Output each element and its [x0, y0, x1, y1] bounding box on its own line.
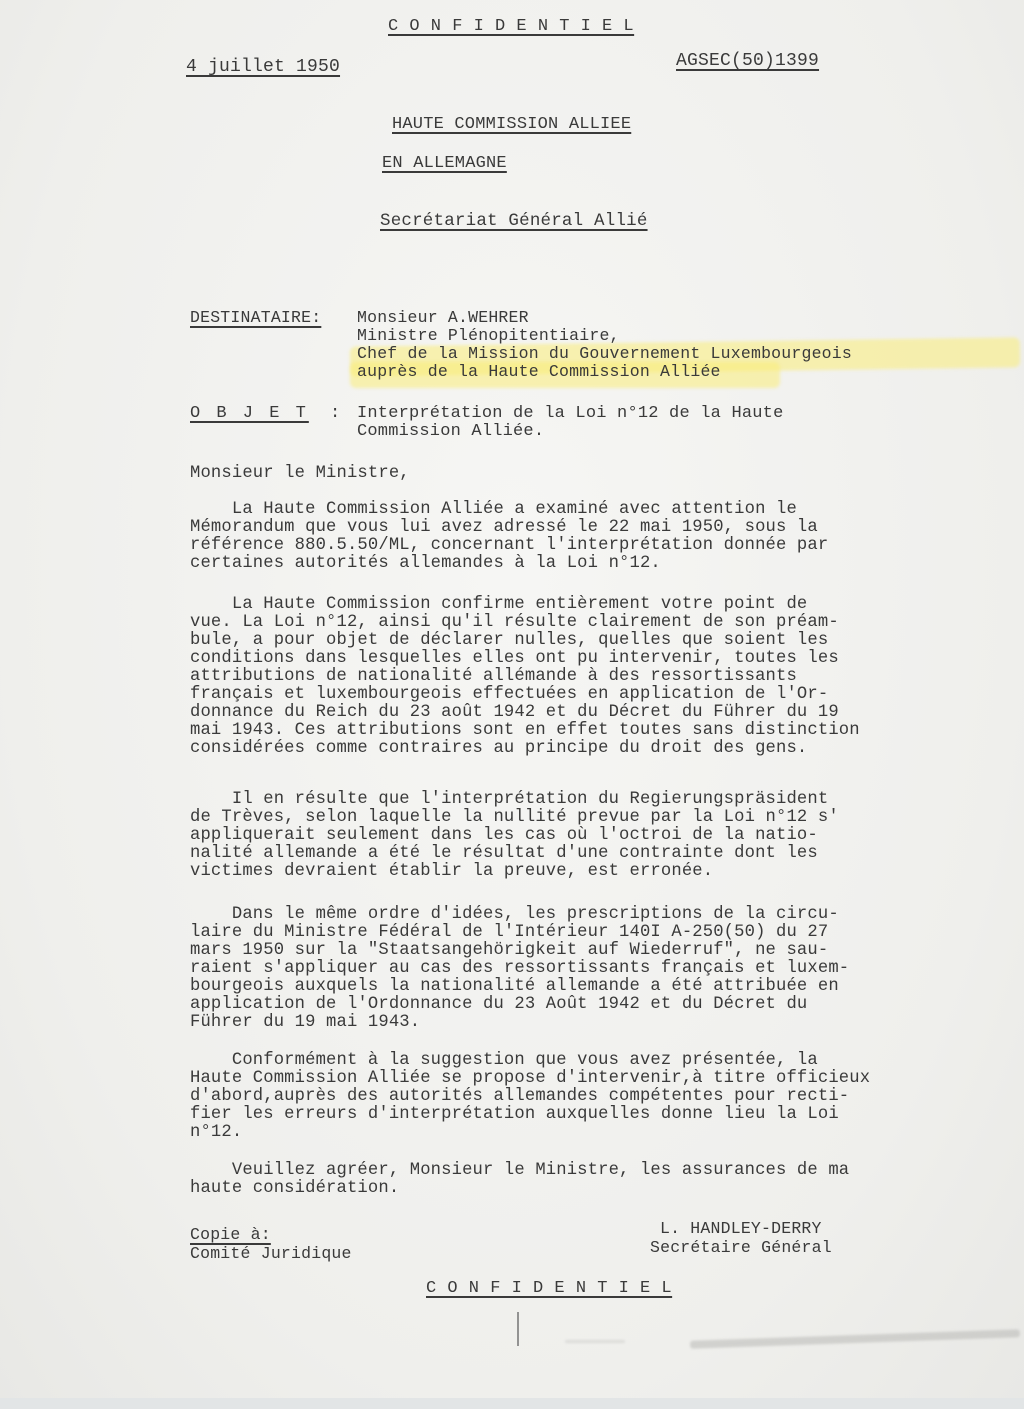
classification-footer: C O N F I D E N T I E L — [426, 1280, 672, 1298]
addressee-line: Ministre Plénopitentiaire, — [357, 327, 620, 345]
department-name: Secrétariat Général Allié — [380, 212, 648, 230]
document-page: C O N F I D E N T I E L 4 juillet 1950 A… — [0, 0, 1024, 1409]
body-line: Mémorandum que vous lui avez adressé le … — [190, 519, 818, 537]
body-line: Führer du 19 mai 1943. — [190, 1014, 420, 1032]
body-line: référence 880.5.50/ML, concernant l'inte… — [190, 537, 828, 555]
document-reference: AGSEC(50)1399 — [676, 52, 819, 70]
body-line: Dans le même ordre d'idées, les prescrip… — [190, 906, 839, 924]
body-line: nalité allemande a été le résultat d'une… — [190, 845, 818, 863]
addressee-line: Monsieur A.WEHRER — [357, 309, 529, 327]
ink-smudge-mark — [690, 1329, 1020, 1349]
copy-recipient: Comité Juridique — [190, 1245, 352, 1263]
addressee-line: Chef de la Mission du Gouvernement Luxem… — [357, 345, 852, 363]
ink-smudge-mark — [565, 1340, 625, 1343]
subject-line: Commission Alliée. — [357, 423, 544, 441]
salutation: Monsieur le Ministre, — [190, 465, 410, 483]
organization-line-1: HAUTE COMMISSION ALLIEE — [392, 116, 631, 134]
body-line: attributions de nationalité allémande à … — [190, 668, 797, 686]
body-line: application de l'Ordonnance du 23 Août 1… — [190, 996, 807, 1014]
body-line: Veuillez agréer, Monsieur le Ministre, l… — [190, 1162, 849, 1180]
subject-label: O B J E T — [190, 405, 309, 423]
body-line: d'abord,auprès des autorités allemandes … — [190, 1088, 849, 1106]
body-line: appliquerait seulement dans les cas où l… — [190, 827, 818, 845]
body-line: raient s'appliquer au cas des ressortiss… — [190, 960, 849, 978]
body-line: victimes devraient établir la preuve, es… — [190, 863, 713, 881]
body-line: bourgeois auxquels la nationalité allema… — [190, 978, 839, 996]
body-line: donnance du Reich du 23 août 1942 et du … — [190, 704, 839, 722]
body-line: fier les erreurs d'interprétation auxque… — [190, 1106, 839, 1124]
addressee-line: auprès de la Haute Commission Alliée — [357, 363, 721, 381]
pen-mark — [517, 1312, 519, 1346]
body-line: considérées comme contraires au principe… — [190, 740, 807, 758]
body-line: français et luxembourgeois effectuées en… — [190, 686, 828, 704]
body-line: haute considération. — [190, 1180, 399, 1198]
body-line: bule, a pour objet de déclarer nulles, q… — [190, 632, 828, 650]
body-line: mars 1950 sur la "Staatsangehörigkeit au… — [190, 942, 828, 960]
addressee-label: DESTINATAIRE: — [190, 309, 321, 327]
organization-line-2: EN ALLEMAGNE — [382, 155, 507, 173]
body-line: La Haute Commission confirme entièrement… — [190, 596, 807, 614]
body-line: de Trèves, selon laquelle la nullité pre… — [190, 809, 839, 827]
copy-label: Copie à: — [190, 1226, 271, 1244]
body-line: n°12. — [190, 1124, 242, 1142]
body-line: vue. La Loi n°12, ainsi qu'il résulte cl… — [190, 614, 839, 632]
body-line: Il en résulte que l'interprétation du Re… — [190, 791, 828, 809]
subject-line: Interprétation de la Loi n°12 de la Haut… — [357, 405, 783, 423]
body-line: mai 1943. Ces attributions sont en effet… — [190, 722, 860, 740]
body-line: laire du Ministre Fédéral de l'Intérieur… — [190, 924, 828, 942]
body-line: La Haute Commission Alliée a examiné ave… — [190, 501, 797, 519]
signatory-name: L. HANDLEY-DERRY — [660, 1220, 822, 1238]
body-line: Haute Commission Alliée se propose d'int… — [190, 1070, 870, 1088]
signatory-title: Secrétaire Général — [650, 1239, 832, 1257]
body-line: Conformément à la suggestion que vous av… — [190, 1052, 818, 1070]
body-line: certaines autorités allemandes à la Loi … — [190, 555, 661, 573]
body-line: conditions dans lesquelles elles ont pu … — [190, 650, 839, 668]
document-date: 4 juillet 1950 — [186, 58, 340, 76]
subject-separator: : — [330, 405, 340, 423]
scan-edge — [0, 1398, 1024, 1409]
classification-header: C O N F I D E N T I E L — [388, 18, 634, 36]
